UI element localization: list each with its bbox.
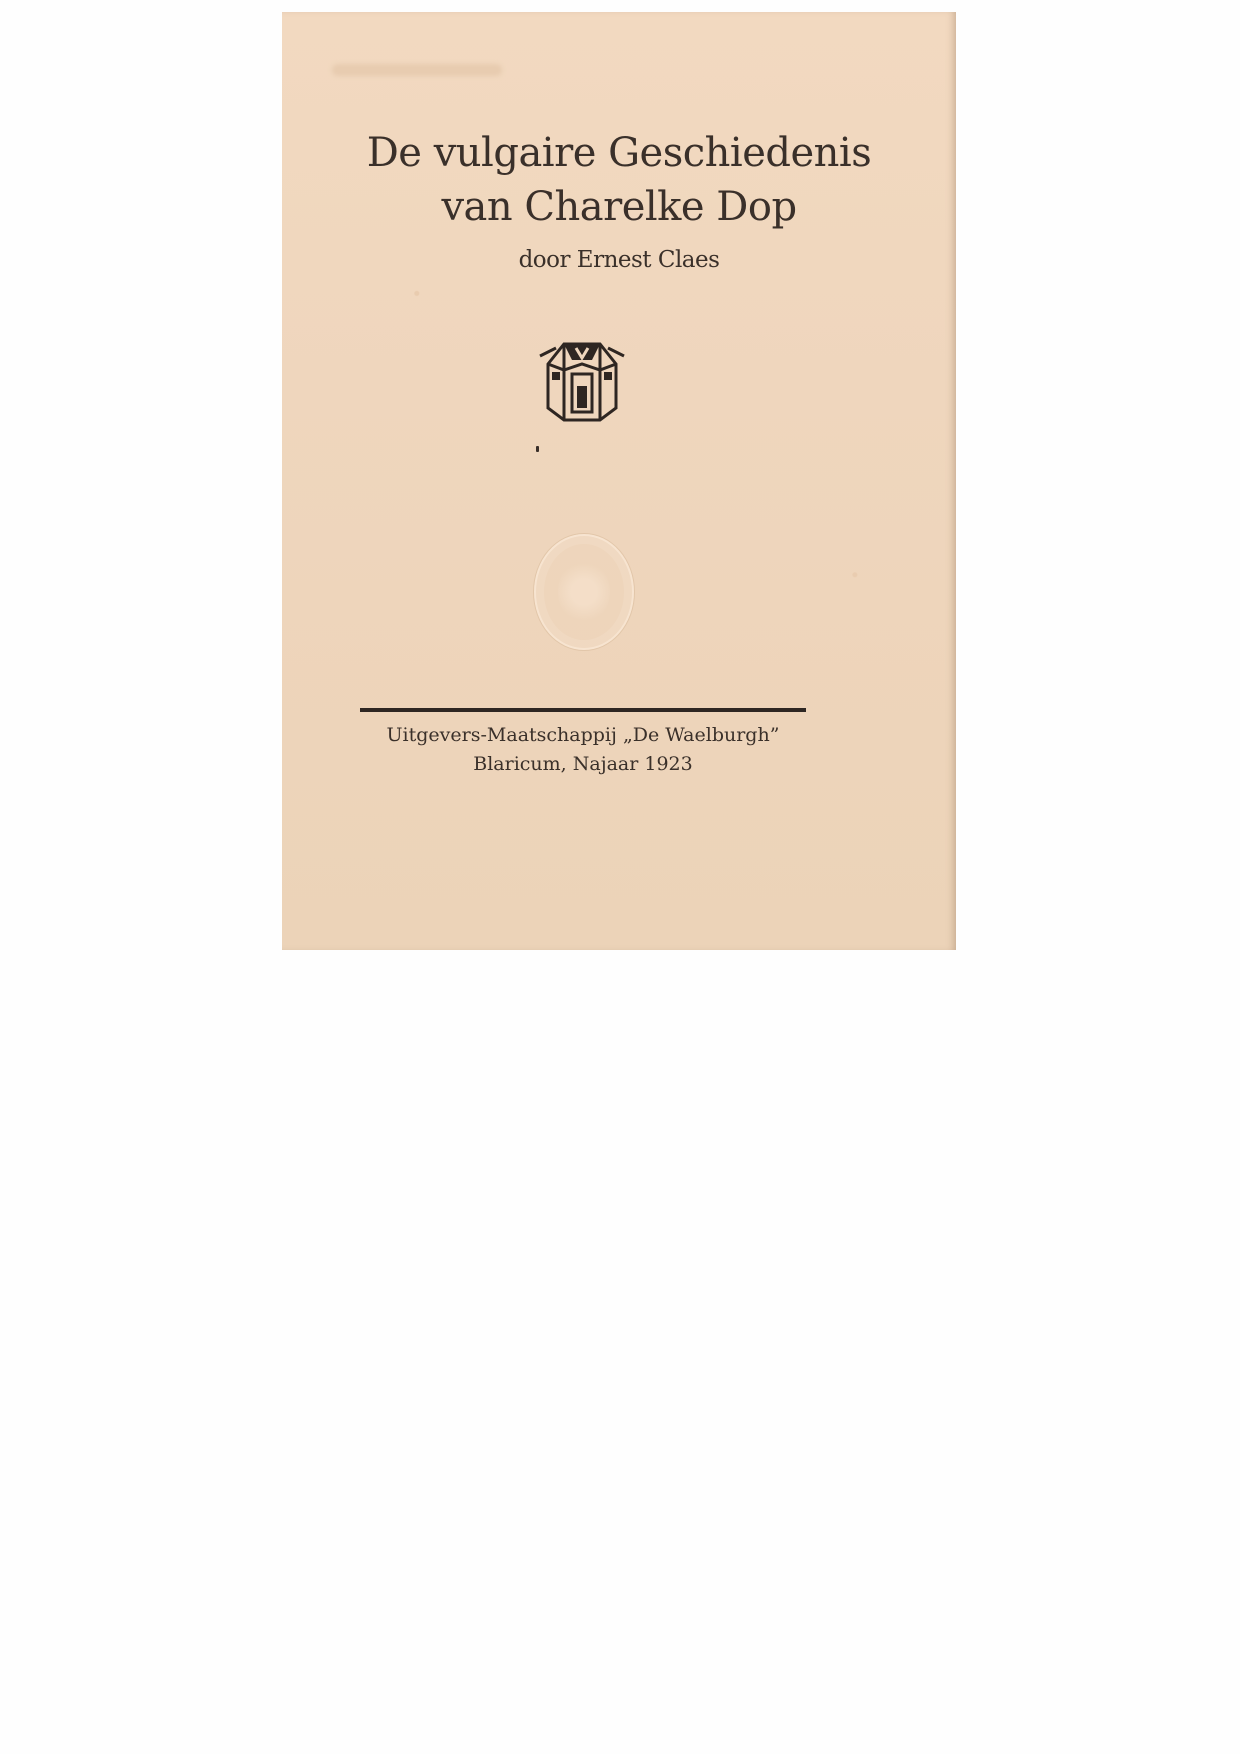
ink-speck: [536, 446, 539, 452]
author-line: door Ernest Claes: [282, 247, 956, 273]
title-line-1: De vulgaire Geschiedenis: [282, 130, 956, 176]
publisher-line: Uitgevers-Maatschappij „De Waelburgh”: [282, 724, 884, 746]
printer-mark-icon: [534, 330, 630, 426]
horizontal-rule: [360, 708, 806, 712]
title-page-scan: De vulgaire Geschiedenis van Charelke Do…: [282, 12, 956, 950]
place-date-line: Blaricum, Najaar 1923: [282, 753, 884, 775]
stamp-center: [558, 560, 610, 624]
library-blind-stamp-icon: [534, 534, 634, 650]
scan-smudge: [332, 64, 502, 76]
title-line-2: van Charelke Dop: [282, 184, 956, 230]
